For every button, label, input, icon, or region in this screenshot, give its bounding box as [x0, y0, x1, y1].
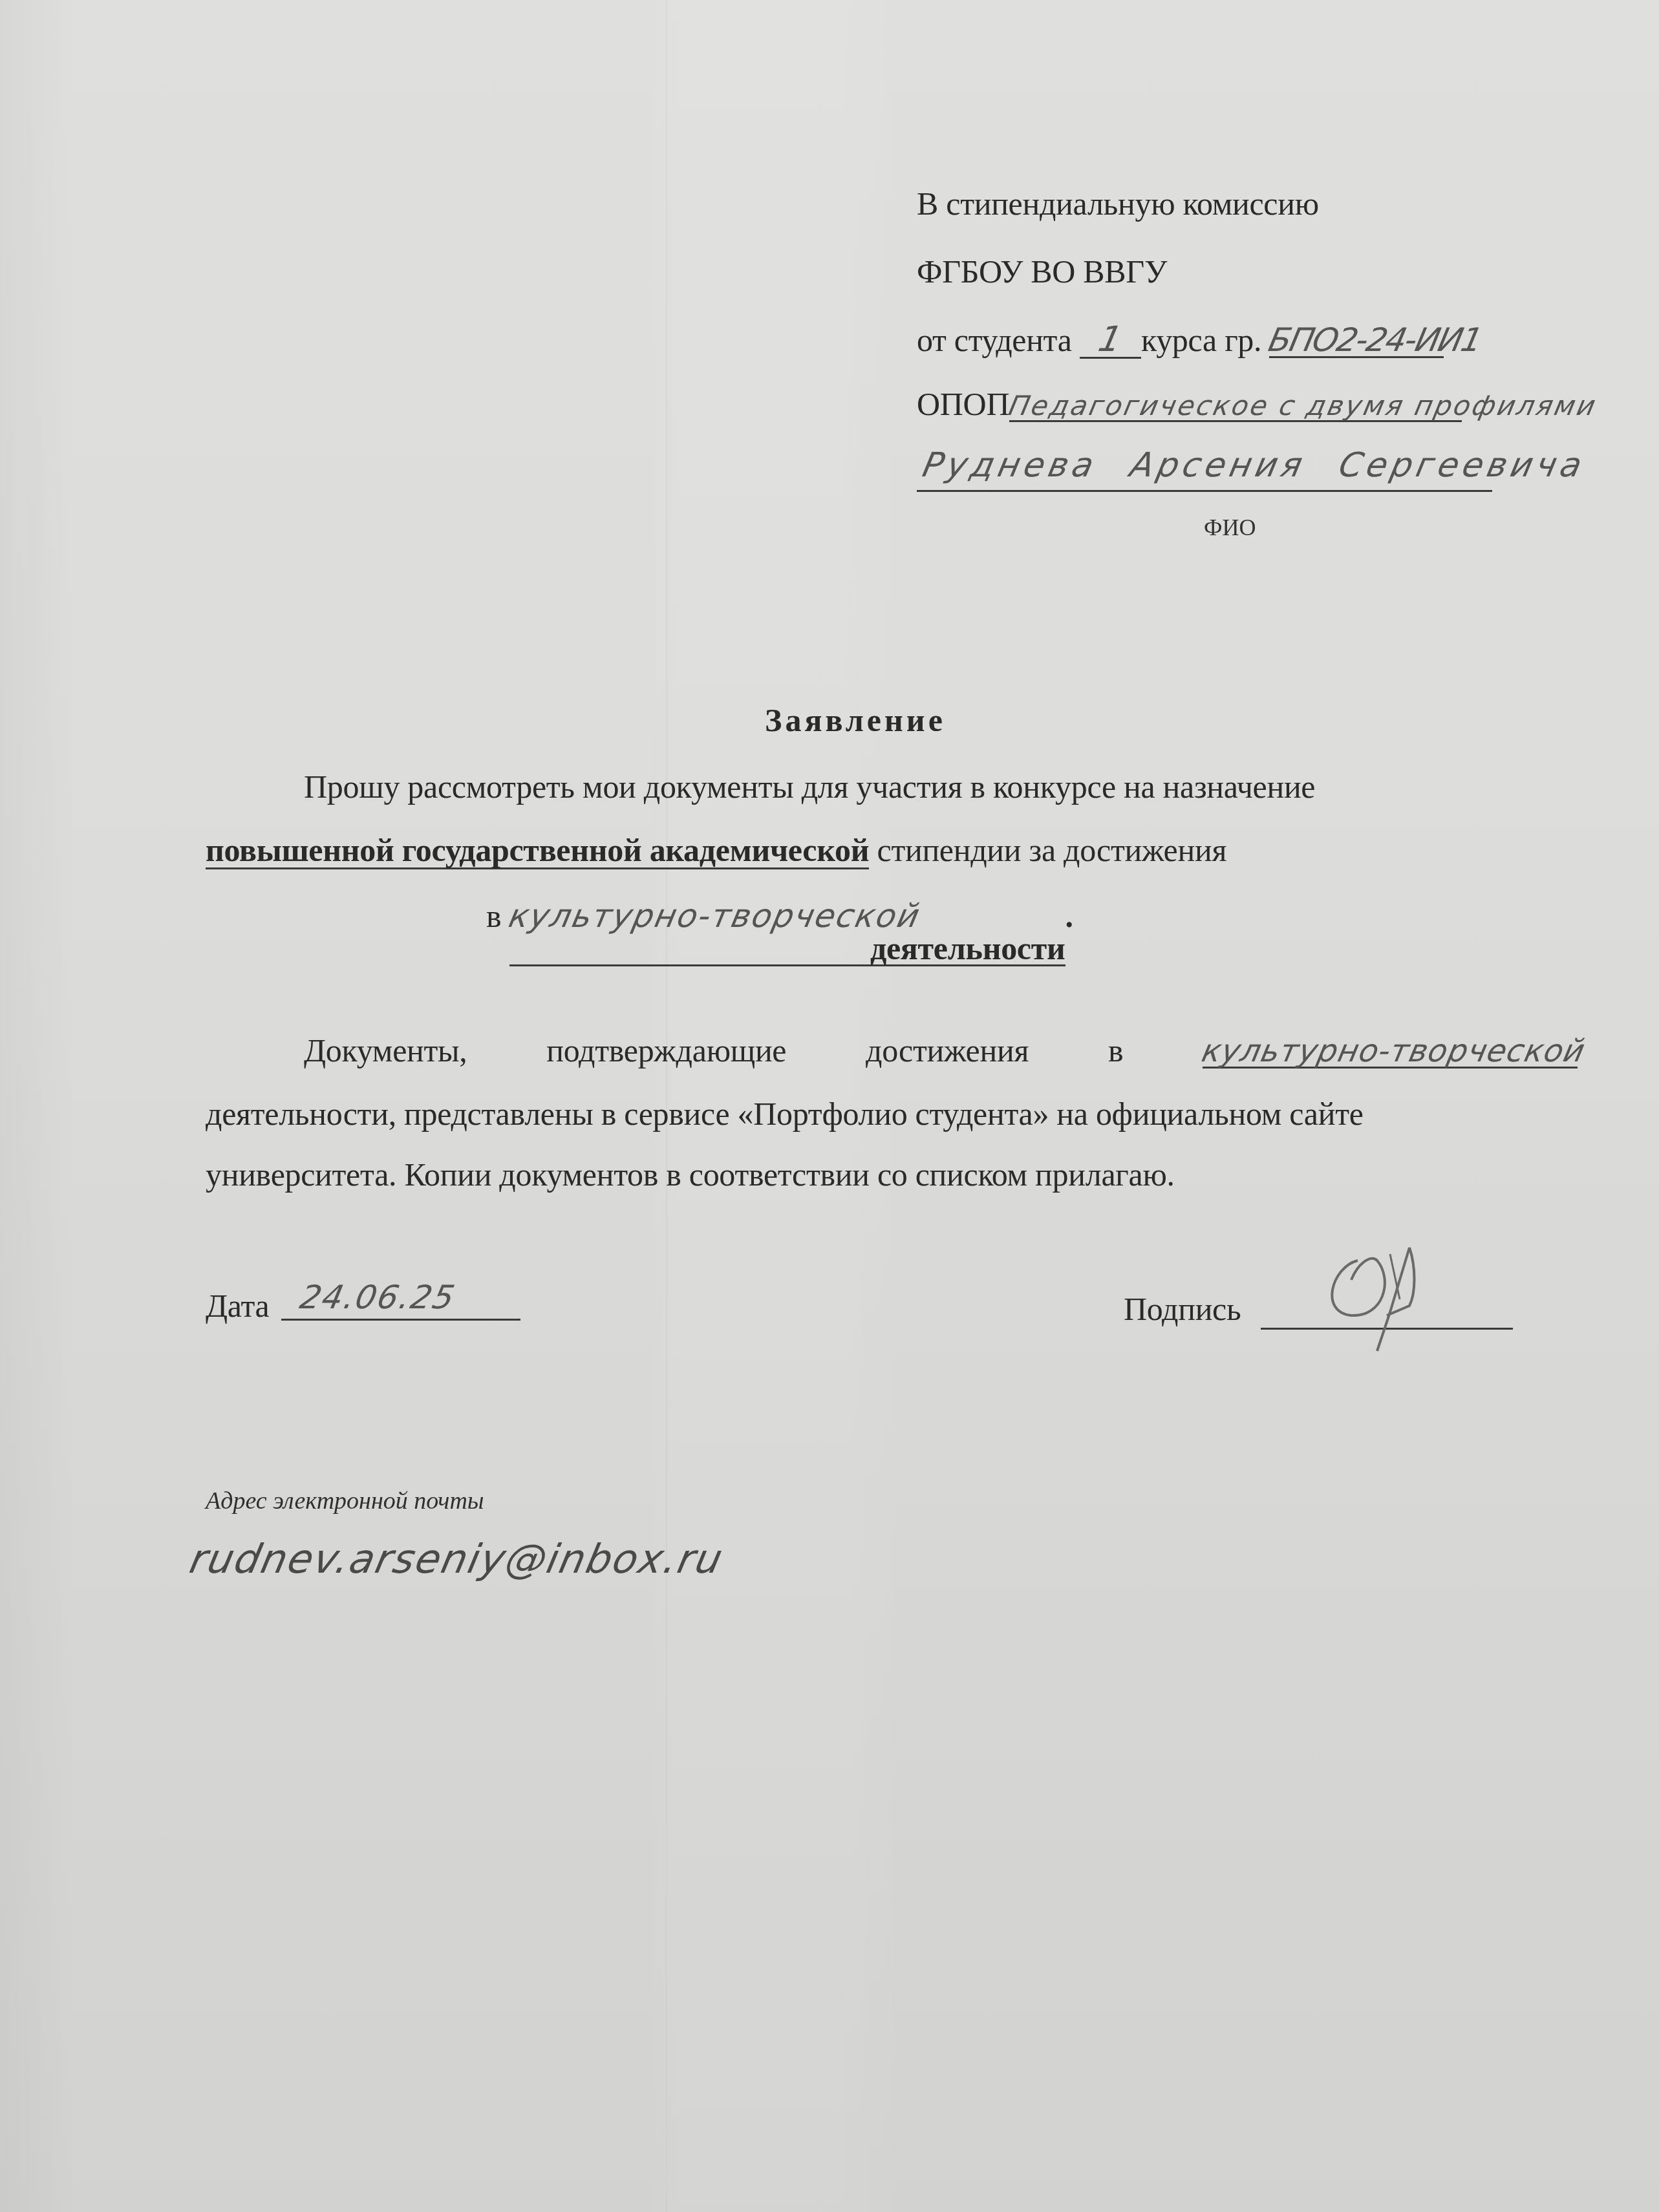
date-field[interactable]: 24.06.25 — [281, 1273, 520, 1321]
opop-line: ОПОП Педагогическое с двумя профилями — [917, 388, 1462, 422]
student-prefix: от студента — [917, 322, 1072, 358]
course-field[interactable]: 1 — [1080, 322, 1141, 359]
course-suffix: курса гр. — [1141, 322, 1261, 358]
email-label: Адрес электронной почты — [206, 1487, 484, 1515]
signature-field[interactable] — [1261, 1280, 1513, 1330]
p2-word-2: подтверждающие — [546, 1034, 786, 1067]
document-title: Заявление — [765, 701, 946, 739]
fio-field[interactable]: Руднева Арсения Сергеевича — [917, 446, 1492, 492]
activity-field[interactable]: культурно-творческой деятельности — [509, 900, 1065, 966]
paragraph-1-line-3: в культурно-творческой деятельности . — [486, 900, 1073, 966]
p2-activity-field[interactable]: культурно-творческой — [1203, 1034, 1578, 1069]
p2-word-4: в — [1108, 1034, 1123, 1067]
p2-activity-value: культурно-творческой — [1199, 1036, 1588, 1067]
paragraph-2-line-2: деятельности, представлены в сервисе «По… — [206, 1098, 1364, 1130]
group-value: БПО2-24-ИИ1 — [1266, 324, 1484, 356]
activity-value: культурно-творческой — [506, 900, 923, 932]
paragraph-1-line-2: повышенной государственной академической… — [206, 834, 1226, 869]
activity-prefix: в — [486, 898, 501, 934]
email-value[interactable]: rudnev.arseniy@inbox.ru — [186, 1535, 728, 1582]
signature-label: Подпись — [1124, 1293, 1241, 1325]
fio-caption: ФИО — [1204, 514, 1256, 541]
group-field[interactable]: БПО2-24-ИИ1 — [1269, 324, 1444, 358]
date-label: Дата — [206, 1290, 269, 1322]
signature-icon — [1312, 1241, 1442, 1345]
opop-field[interactable]: Педагогическое с двумя профилями — [1009, 388, 1462, 422]
addressee-line-1: В стипендиальную комиссию — [917, 187, 1319, 220]
fio-value: Руднева Арсения Сергеевича — [913, 446, 1589, 485]
student-course-group-line: от студента 1 курса гр. БПО2-24-ИИ1 — [917, 322, 1444, 359]
activity-suffix: деятельности — [870, 932, 1065, 964]
p2-word-1: Документы, — [304, 1034, 467, 1067]
date-value: 24.06.25 — [297, 1279, 459, 1316]
scholarship-type-emphasis: повышенной государственной академической — [206, 834, 869, 869]
addressee-line-2: ФГБОУ ВО ВВГУ — [917, 255, 1167, 288]
paragraph-1-line-2-rest: стипендии за достижения — [877, 832, 1227, 868]
activity-period: . — [1065, 898, 1073, 934]
opop-label: ОПОП — [917, 386, 1009, 422]
paragraph-2-line-1: Документы, подтверждающие достижения в к… — [304, 1034, 1578, 1069]
opop-value: Педагогическое с двумя профилями — [1007, 392, 1600, 420]
p2-word-3: достижения — [866, 1034, 1029, 1067]
course-value: 1 — [1095, 322, 1126, 357]
paragraph-1-line-1: Прошу рассмотреть мои документы для учас… — [304, 771, 1315, 803]
paragraph-2-line-3: университета. Копии документов в соответ… — [206, 1158, 1175, 1191]
